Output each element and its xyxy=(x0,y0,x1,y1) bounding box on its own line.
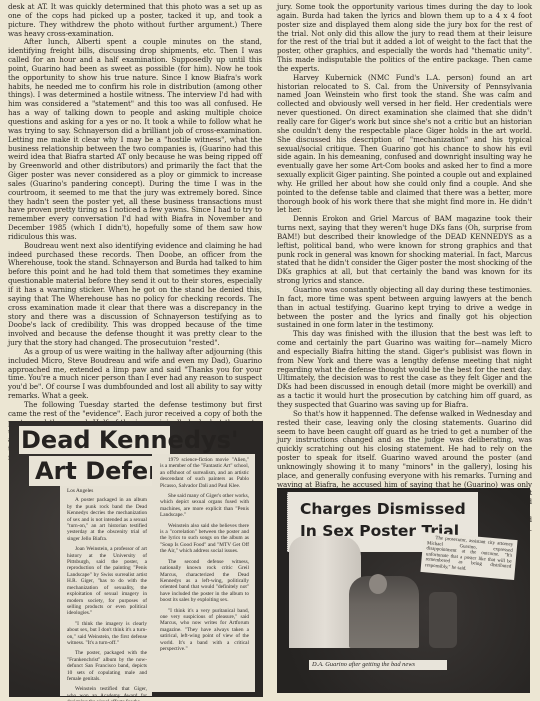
clipping-headline-line1: Dead Kennedys' xyxy=(19,426,170,454)
pull-quote: The prosecutor, assistant city attorney … xyxy=(420,532,517,580)
article-column-right: jury. Some took the opportunity various … xyxy=(277,3,532,542)
paragraph: Guarino was constantly objecting all day… xyxy=(277,286,532,330)
clipping-headline-line2: Art Defended xyxy=(29,456,163,486)
clipping-paragraph: She said many of Giger's other works, wh… xyxy=(160,493,249,519)
clipping-column-2: 1979 science-fiction movie "Alien," is a… xyxy=(152,454,255,692)
clipping-headline-line1: Charges Dismissed xyxy=(300,498,478,520)
newspaper-clipping-charges-dismissed: Charges Dismissed In Sex Poster Trial Th… xyxy=(277,488,530,693)
photo-caption: D.A. Guarino after getting the bad news xyxy=(309,660,447,670)
clipping-paragraph: Weinstein also said she believes there i… xyxy=(160,523,249,555)
clipping-paragraph: "I think it's a very puritanical band, o… xyxy=(160,608,249,653)
clipping-paragraph: A poster packaged in an album by the pun… xyxy=(67,497,147,542)
clipping-paragraph: 1979 science-fiction movie "Alien," is a… xyxy=(160,457,249,489)
paragraph: This day was finished with the illusion … xyxy=(277,330,532,410)
paragraph: Harvey Kubernick (NMC Fund's L.A. person… xyxy=(277,74,532,216)
photo-chair xyxy=(429,592,457,648)
paragraph: After lunch, Alberti spent a couple minu… xyxy=(8,38,262,241)
paragraph: desk at AT. It was quickly determined th… xyxy=(8,3,262,38)
clipping-paragraph: Weinstein testified that Giger, who won … xyxy=(67,686,147,701)
clipping-paragraph: The second defense witness, nationally k… xyxy=(160,559,249,604)
pull-quote-text: The prosecutor, assistant city attorney … xyxy=(425,535,514,576)
clipping-paragraph: Joan Weinstein, a professor of art histo… xyxy=(67,546,147,616)
clipping-paragraph: "I think the imagery is clearly about se… xyxy=(67,621,147,647)
paragraph: jury. Some took the opportunity various … xyxy=(277,3,532,74)
clipping-column-1: Los Angeles A poster packaged in an albu… xyxy=(60,486,152,696)
photo-man-face xyxy=(369,574,387,594)
dateline: Los Angeles xyxy=(67,488,147,494)
clipping-paragraph: The poster, packaged with the "Frankench… xyxy=(67,650,147,682)
paragraph: Boudreau went next also identifying evid… xyxy=(8,242,262,348)
newspaper-clipping-art-defended: Dead Kennedys' Art Defended Los Angeles … xyxy=(9,421,263,697)
paragraph: Dennis Erokon and Griel Marcus of BAM ma… xyxy=(277,215,532,286)
magazine-page: desk at AT. It was quickly determined th… xyxy=(0,0,540,701)
article-column-left: desk at AT. It was quickly determined th… xyxy=(8,3,262,463)
paragraph: As a group of us were waiting in the hal… xyxy=(8,348,262,401)
